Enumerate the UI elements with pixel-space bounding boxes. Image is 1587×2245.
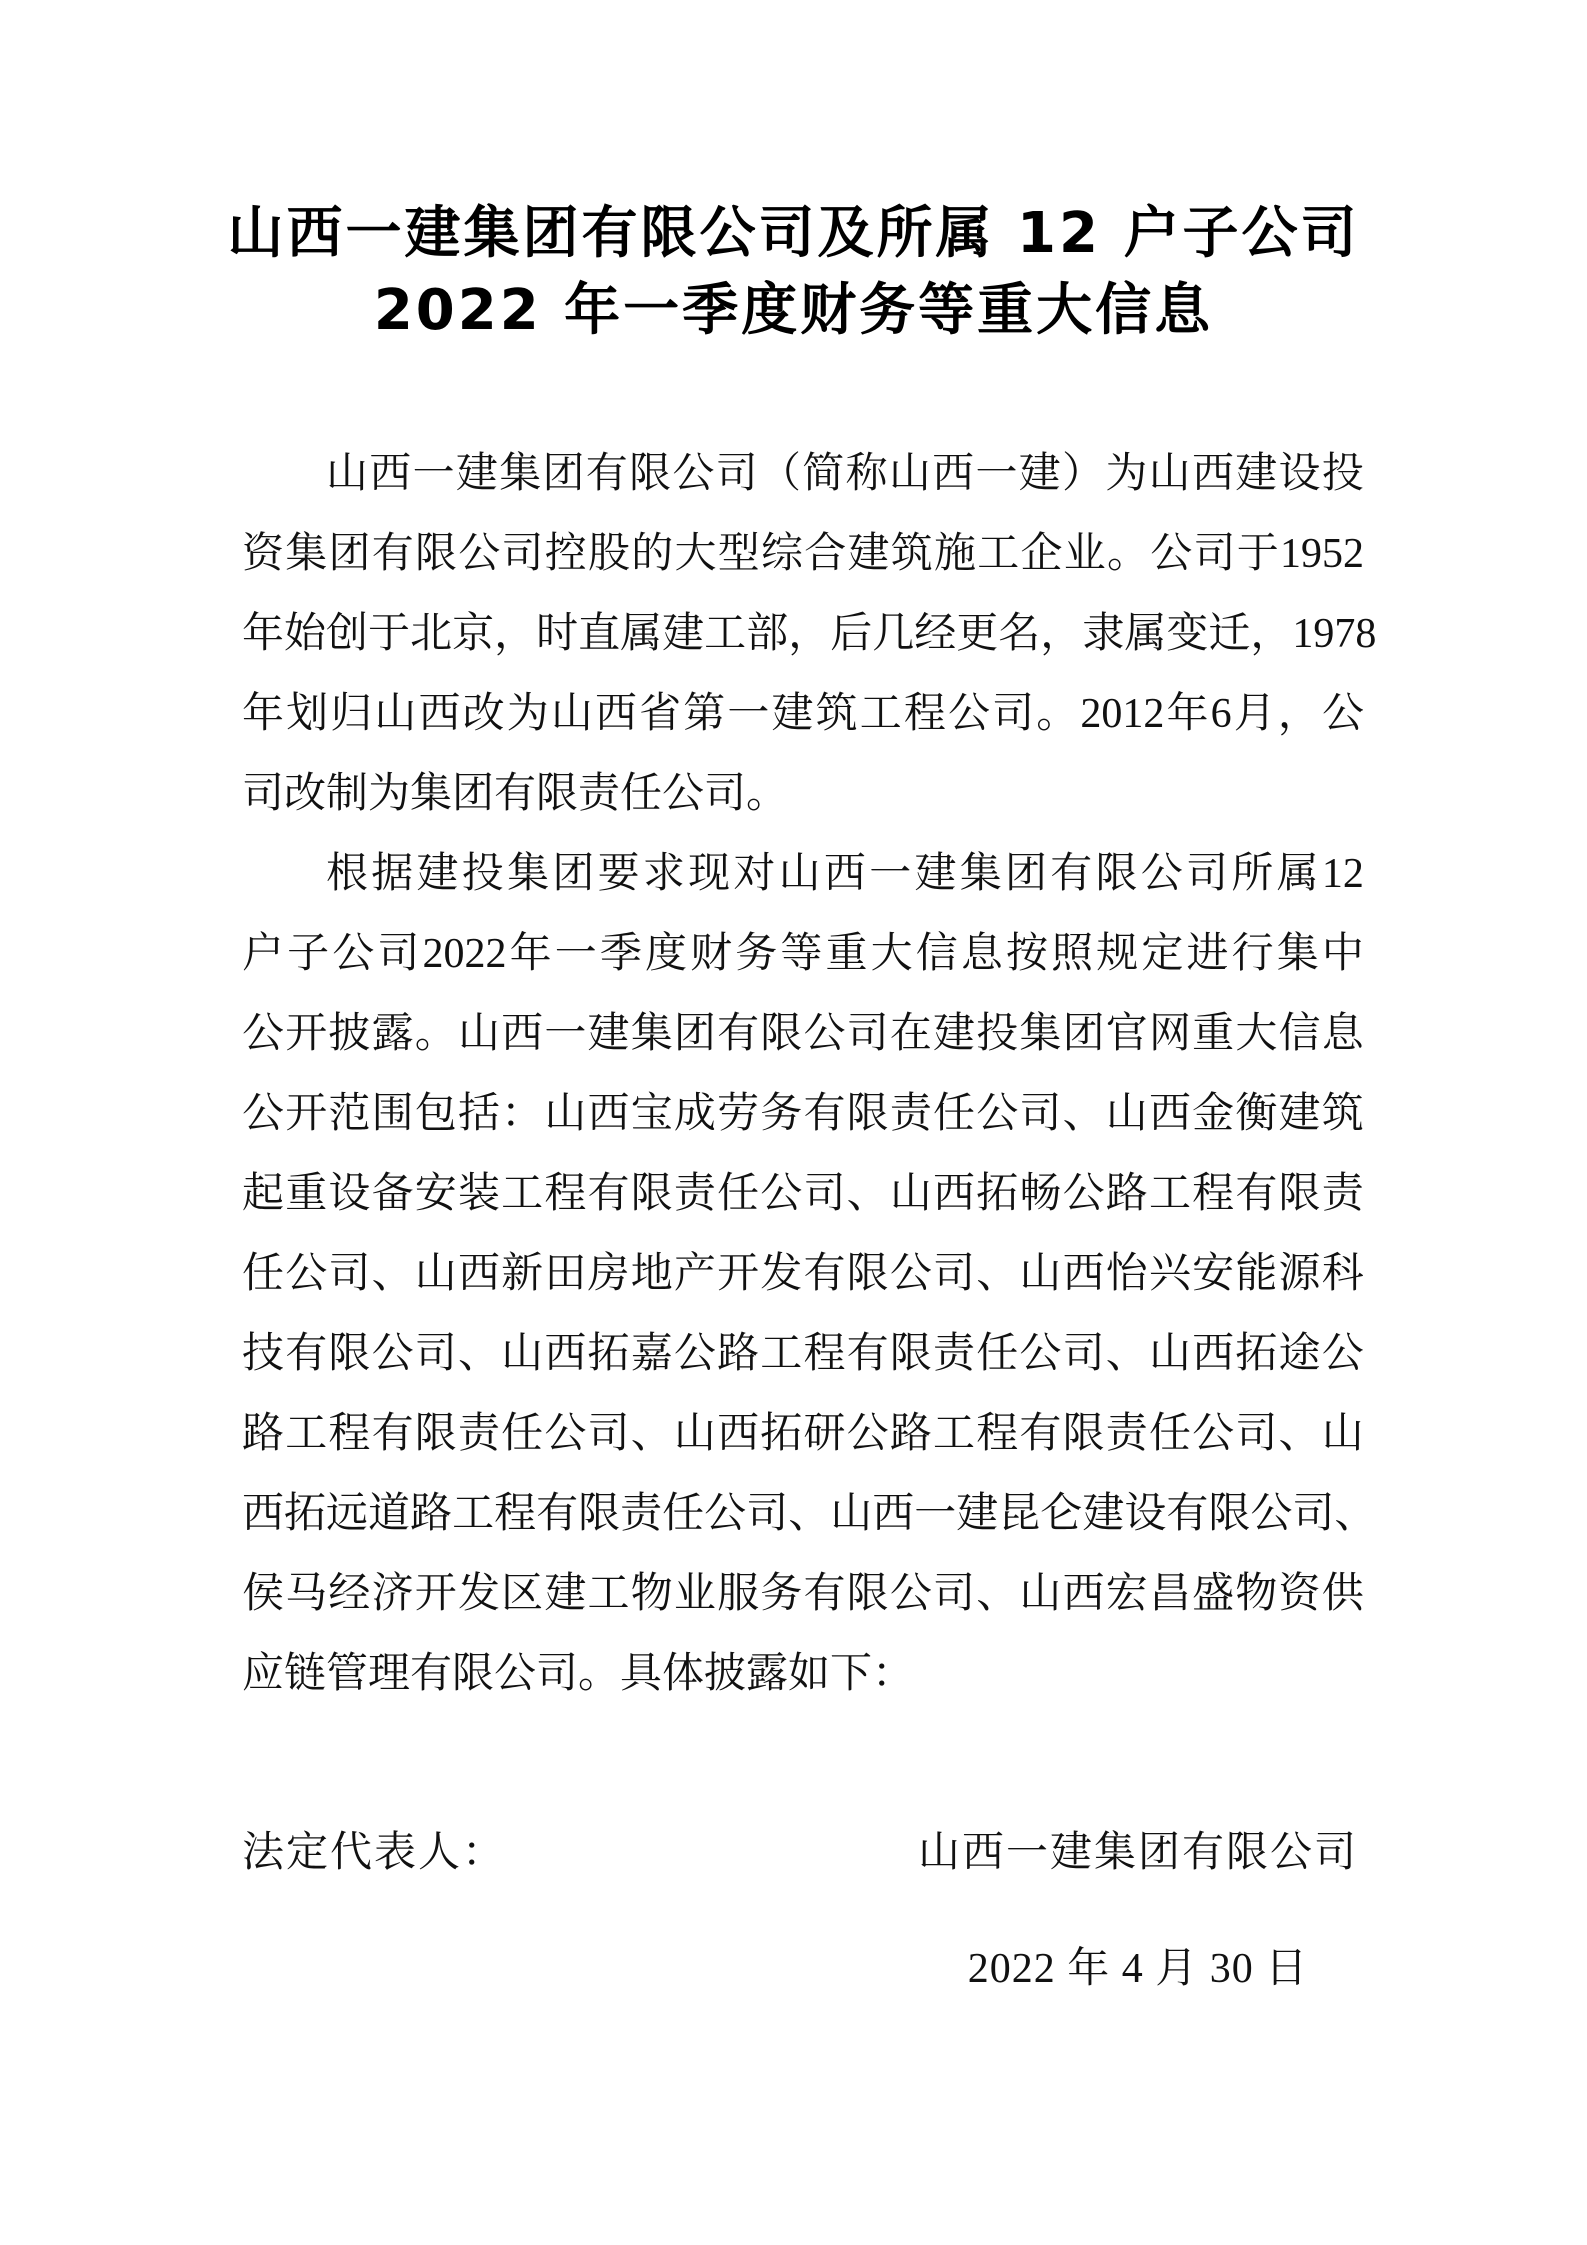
paragraph-line: 任公司、山西新田房地产开发有限公司、山西怡兴安能源科 xyxy=(242,1234,1364,1314)
signature-date: 2022 年 4 月 30 日 xyxy=(918,1929,1358,2009)
paragraph-line: 应链管理有限公司。具体披露如下： xyxy=(242,1634,1364,1714)
paragraph-line: 年划归山西改为山西省第一建筑工程公司。2012年6月，公 xyxy=(242,674,1364,754)
signature-company-name: 山西一建集团有限公司 xyxy=(918,1813,1358,1893)
legal-representative-label: 法定代表人： xyxy=(242,1813,506,1893)
paragraph-line: 技有限公司、山西拓嘉公路工程有限责任公司、山西拓途公 xyxy=(242,1314,1364,1394)
signature-block: 法定代表人： 山西一建集团有限公司 2022 年 4 月 30 日 xyxy=(242,1813,1364,2009)
document-title: 山西一建集团有限公司及所属 12 户子公司 2022 年一季度财务等重大信息 xyxy=(0,195,1587,349)
paragraph-line: 侯马经济开发区建工物业服务有限公司、山西宏昌盛物资供 xyxy=(242,1554,1364,1634)
paragraph-line: 公开披露。山西一建集团有限公司在建投集团官网重大信息 xyxy=(242,994,1364,1074)
paragraph-line: 资集团有限公司控股的大型综合建筑施工企业。公司于1952 xyxy=(242,514,1364,594)
paragraph-line: 西拓远道路工程有限责任公司、山西一建昆仑建设有限公司、 xyxy=(242,1474,1364,1554)
paragraph-line: 司改制为集团有限责任公司。 xyxy=(242,754,1364,834)
document-body: 山西一建集团有限公司（简称山西一建）为山西建设投资集团有限公司控股的大型综合建筑… xyxy=(242,434,1364,1714)
document-page: 山西一建集团有限公司及所属 12 户子公司 2022 年一季度财务等重大信息 山… xyxy=(0,0,1587,2245)
paragraph-line: 根据建投集团要求现对山西一建集团有限公司所属12 xyxy=(242,834,1364,914)
paragraph-line: 年始创于北京，时直属建工部，后几经更名，隶属变迁，1978 xyxy=(242,594,1364,674)
paragraph-line: 山西一建集团有限公司（简称山西一建）为山西建设投 xyxy=(242,434,1364,514)
paragraph-line: 起重设备安装工程有限责任公司、山西拓畅公路工程有限责 xyxy=(242,1154,1364,1234)
paragraph-line: 公开范围包括：山西宝成劳务有限责任公司、山西金衡建筑 xyxy=(242,1074,1364,1154)
title-line-2: 2022 年一季度财务等重大信息 xyxy=(0,272,1587,349)
signature-column: 山西一建集团有限公司 2022 年 4 月 30 日 xyxy=(918,1813,1364,2009)
paragraph-line: 户子公司2022年一季度财务等重大信息按照规定进行集中 xyxy=(242,914,1364,994)
paragraph-line: 路工程有限责任公司、山西拓研公路工程有限责任公司、山 xyxy=(242,1394,1364,1474)
title-line-1: 山西一建集团有限公司及所属 12 户子公司 xyxy=(0,195,1587,272)
